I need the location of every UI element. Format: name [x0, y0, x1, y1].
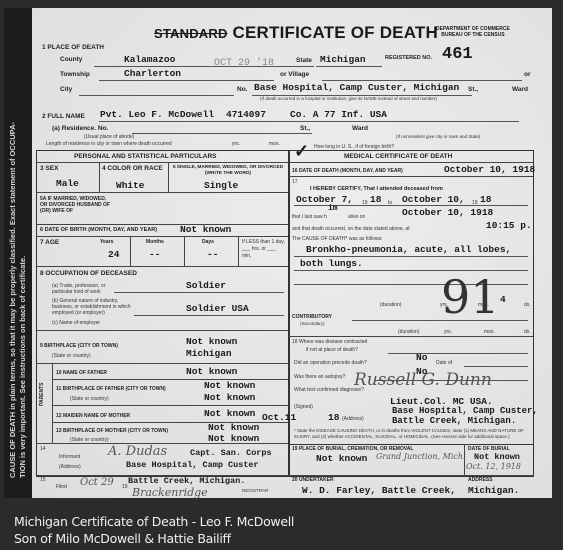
medical-header: MEDICAL CERTIFICATE OF DEATH [344, 153, 452, 160]
contracted-label: 18 Where was disease contracted [292, 339, 367, 345]
occupation-label: 8 OCCUPATION OF DECEASED [40, 270, 137, 277]
father-birthplace-label: 11 BIRTHPLACE OF FATHER (city or town) [56, 386, 166, 392]
state-label: State [296, 57, 312, 64]
divider [52, 405, 289, 406]
years-label: Years [100, 239, 113, 245]
death-address-value: Base Hospital, Camp Custer, Michigan [254, 82, 459, 93]
received-stamp: OCT 29 '18 [214, 58, 274, 69]
age-months: -- [149, 249, 160, 260]
divider [37, 192, 289, 193]
cause-line-2: both lungs. [300, 258, 363, 269]
residence-st-label: St., [300, 125, 310, 132]
from-year: 18 [370, 194, 381, 205]
burial-value: Not known [316, 453, 367, 464]
alive-on-label: alive on [348, 214, 365, 220]
full-name-line [99, 121, 519, 122]
divider [37, 236, 289, 237]
date-of-line [464, 366, 528, 367]
signed-label: (Signed) [294, 404, 313, 410]
physician-address-label: (Address) [342, 416, 364, 422]
mother-birthplace-label: 13 BIRTHPLACE OF MOTHER (city or town) [56, 428, 168, 434]
township-label: Township [60, 71, 90, 78]
certify-number: 17 [292, 179, 298, 185]
caption-line-2: Son of Milo McDowell & Hattie Bailiff [14, 530, 294, 547]
registered-label: Registered No. [385, 55, 432, 61]
service-number: 4714097 [226, 109, 266, 120]
industry-label: (b) General nature of industry, business… [52, 298, 132, 316]
margin-instructions: CAUSE OF DEATH in plain terms, so that i… [8, 18, 28, 478]
village-line [322, 80, 522, 81]
operation-value: No [416, 352, 427, 363]
duration-days: 4 [500, 294, 506, 305]
divider [184, 236, 185, 266]
father-label: 10 NAME OF FATHER [56, 370, 107, 376]
divider [37, 266, 289, 267]
contracted-line [388, 353, 528, 354]
residence-mos: mos. [269, 141, 280, 147]
informant-label: Informant [59, 454, 80, 460]
or-label: or [524, 71, 531, 78]
sex-value: Male [56, 178, 79, 189]
divider [37, 330, 289, 331]
contracted-label-2: if not at place of death? [306, 347, 358, 353]
mother-bp-city: Not known [208, 422, 259, 433]
title-text: CERTIFICATE OF DEATH [233, 23, 438, 42]
hospital-note: (If death occurred in a hospital or inst… [260, 96, 437, 101]
race-label: 4 COLOR OR RACE [102, 165, 163, 172]
birthplace-label: 9 BIRTHPLACE (city or town) [40, 343, 118, 349]
divider [37, 162, 289, 163]
filed-place: Battle Creek, Michigan. [128, 476, 245, 486]
mother-label: 12 MAIDEN NAME OF MOTHER [56, 413, 130, 419]
operation-label: Did an operation precede death? [294, 360, 367, 366]
unit-value: Co. A 77 Inf. USA [290, 109, 387, 120]
divider [52, 363, 53, 443]
certify-text: I HEREBY CERTIFY, That I attended deceas… [310, 186, 443, 192]
divider [464, 444, 465, 475]
days-label: Days [202, 239, 214, 245]
registered-number: 461 [442, 45, 473, 64]
trade-line [114, 292, 284, 293]
duration-mos: mos. [478, 302, 489, 308]
duration-ds: ds. [524, 302, 531, 308]
time-of-death: 10:15 p. [486, 220, 532, 231]
father-bp-state: Not known [204, 392, 255, 403]
to-year: 18 [480, 194, 491, 205]
dept-line-2: BUREAU OF THE CENSUS [436, 32, 510, 38]
village-label: or Village [280, 71, 309, 78]
filed-number: 15 [40, 477, 46, 483]
dod-label: 16 DATE OF DEATH (month, day, and year) [292, 168, 403, 174]
burial-date-handwritten: Oct. 12, 1918 [466, 462, 521, 471]
filed-19: 19 [122, 484, 128, 490]
number-label: No. [237, 86, 247, 93]
signed-date: Oct.11 [262, 412, 296, 423]
undertaker-address: Michigan. [468, 485, 519, 496]
residence-ward-label: Ward [352, 125, 368, 132]
divider [99, 162, 100, 192]
less-than-day-label: If LESS than 1 day, ___ hrs. or ___ min. [242, 239, 286, 260]
image-caption: Michigan Certificate of Death - Leo F. M… [14, 513, 294, 547]
marital-value: Single [204, 180, 238, 191]
full-name-label: 2 FULL NAME [42, 113, 85, 120]
contributory-label: CONTRIBUTORY [292, 314, 332, 320]
township-line [99, 80, 274, 81]
informant-address-label: (Address) [59, 464, 81, 470]
date-of-label: Date of [436, 360, 452, 366]
physician-address-1: Base Hospital, Camp Custer, [392, 406, 538, 416]
physician-address-2: Battle Creek, Michigan. [392, 416, 516, 426]
last-saw-suffix: im [328, 204, 338, 213]
age-days: -- [207, 249, 218, 260]
caption-line-1: Michigan Certificate of Death - Leo F. M… [14, 513, 294, 530]
divider [37, 224, 289, 225]
state-line [316, 66, 382, 67]
attended-from: October 7, [296, 194, 353, 205]
ward-label: Ward [512, 86, 528, 93]
personal-header: PERSONAL AND STATISTICAL PARTICULARS [74, 153, 217, 160]
left-margin-strip: CAUSE OF DEATH in plain terms, so that i… [4, 8, 32, 498]
attended-to: October 10, [402, 194, 465, 205]
father-bp-state-label: (State or country) [70, 396, 109, 402]
signed-year: 18 [328, 412, 339, 423]
cause-line-1: Bronkho-pneumonia, acute, all lobes, [306, 244, 511, 255]
burial-date-value: Not known [474, 452, 520, 462]
department-header: DEPARTMENT OF COMMERCE BUREAU OF THE CEN… [436, 26, 510, 38]
birthplace-state-label: (State or country) [52, 353, 91, 359]
city-line [79, 95, 234, 96]
death-certificate: CAUSE OF DEATH in plain terms, so that i… [4, 8, 552, 498]
residence-yrs: yrs. [232, 141, 240, 147]
undertaker-label: 20 UNDERTAKER [292, 477, 334, 483]
contributory-yrs: yrs. [444, 329, 452, 335]
state-value: Michigan [320, 54, 366, 65]
struck-word: STANDARD [154, 26, 228, 41]
divider [289, 162, 533, 163]
margin-text-line-1: CAUSE OF DEATH in plain terms, so that i… [8, 18, 18, 478]
birthplace-state: Michigan [186, 348, 232, 359]
undertaker-address-label: ADDRESS [468, 477, 492, 483]
industry-line [134, 315, 284, 316]
divider [289, 336, 533, 337]
last-saw-date: October 10, 1918 [402, 207, 493, 218]
divider [37, 475, 533, 476]
registrar-label: REGISTRAR [242, 488, 268, 493]
dod-value: October 10, 1918 [444, 164, 535, 175]
margin-text-line-2: TION is very important. See instructions… [18, 18, 28, 478]
burial-handwritten: Grand Junction, Mich. [376, 452, 466, 461]
autopsy-label: Was there an autopsy? [294, 374, 345, 380]
contributory-ds: ds. [524, 329, 531, 335]
occurred-label: and that death occurred, on the date sta… [292, 226, 410, 232]
mother-value: Not known [204, 408, 255, 419]
divider [168, 162, 169, 192]
divider [37, 363, 289, 364]
secondary-label: (Secondary) [300, 321, 325, 326]
contributory-duration: (duration) [398, 329, 419, 335]
informant-number: 14 [40, 446, 46, 452]
contributory-line [352, 320, 528, 321]
county-value: Kalamazoo [124, 54, 175, 65]
parents-label: PARENTS [39, 382, 45, 406]
informant-signature: A. Dudas [108, 444, 167, 459]
divider [130, 236, 131, 266]
length-residence-label: Length of residence in city or town wher… [46, 141, 172, 147]
age-years: 24 [108, 249, 119, 260]
nonresident-note: (If nonresident give city or town and St… [396, 134, 480, 139]
age-label: 7 AGE [40, 239, 59, 246]
place-of-death-label: 1 PLACE OF DEATH [42, 44, 104, 51]
cause-label: The CAUSE OF DEATH* was as follows: [292, 236, 383, 242]
employer-label: (c) Name of employer [52, 320, 100, 326]
county-label: County [60, 56, 82, 63]
last-saw-label: that I last saw h [292, 214, 327, 220]
residence-label: (a) Residence. No. [52, 125, 108, 132]
filed-label: Filed [56, 484, 67, 490]
handwritten-code: 91 [441, 270, 500, 324]
undertaker-value: W. D. Farley, Battle Creek, [302, 485, 456, 496]
cause-footnote: * State the DISEASE CAUSING DEATH, or in… [294, 428, 528, 439]
residence-line [132, 133, 312, 134]
divider [288, 444, 533, 445]
divider [238, 236, 239, 266]
physician-signature: Russell G. Dunn [354, 370, 492, 390]
st-label: St., [468, 86, 478, 93]
contributory-mos: mos. [484, 329, 495, 335]
certificate-title: STANDARD CERTIFICATE OF DEATH [154, 23, 438, 43]
trade-label: (a) Trade, profession, or particular kin… [52, 283, 112, 295]
birthplace-city: Not known [186, 336, 237, 347]
county-line [94, 66, 314, 67]
usual-abode-note: (Usual place of abode) [84, 134, 134, 140]
trade-value: Soldier [186, 280, 226, 291]
marital-label: 5 SINGLE, MARRIED, WIDOWED, OR DIVORCED … [172, 165, 284, 177]
industry-value: Soldier USA [186, 303, 249, 314]
cause-line-rule-1 [294, 256, 528, 257]
township-value: Charlerton [124, 68, 181, 79]
spouse-label: 5a If married, widowed, or divorced HUSB… [40, 196, 112, 214]
race-value: White [116, 180, 145, 191]
full-name-value: Pvt. Leo F. McDowell [100, 109, 214, 120]
sex-label: 3 SEX [40, 165, 58, 172]
father-bp-city: Not known [204, 380, 255, 391]
registrar-signature: Brackenridge [132, 486, 208, 499]
divider [289, 176, 533, 177]
duration-yrs: yrs. [440, 302, 448, 308]
filed-date-handwritten: Oct 29 [80, 477, 114, 488]
informant-address: Base Hospital, Camp Custer [126, 460, 259, 470]
informant-value: Capt. San. Corps [190, 448, 272, 458]
dob-value: Not known [180, 224, 231, 235]
months-label: Months [146, 239, 164, 245]
father-value: Not known [186, 366, 237, 377]
dob-label: 6 DATE OF BIRTH (month, day, and year) [40, 227, 157, 233]
city-label: City [60, 86, 72, 93]
duration-label: (duration) [380, 302, 401, 308]
